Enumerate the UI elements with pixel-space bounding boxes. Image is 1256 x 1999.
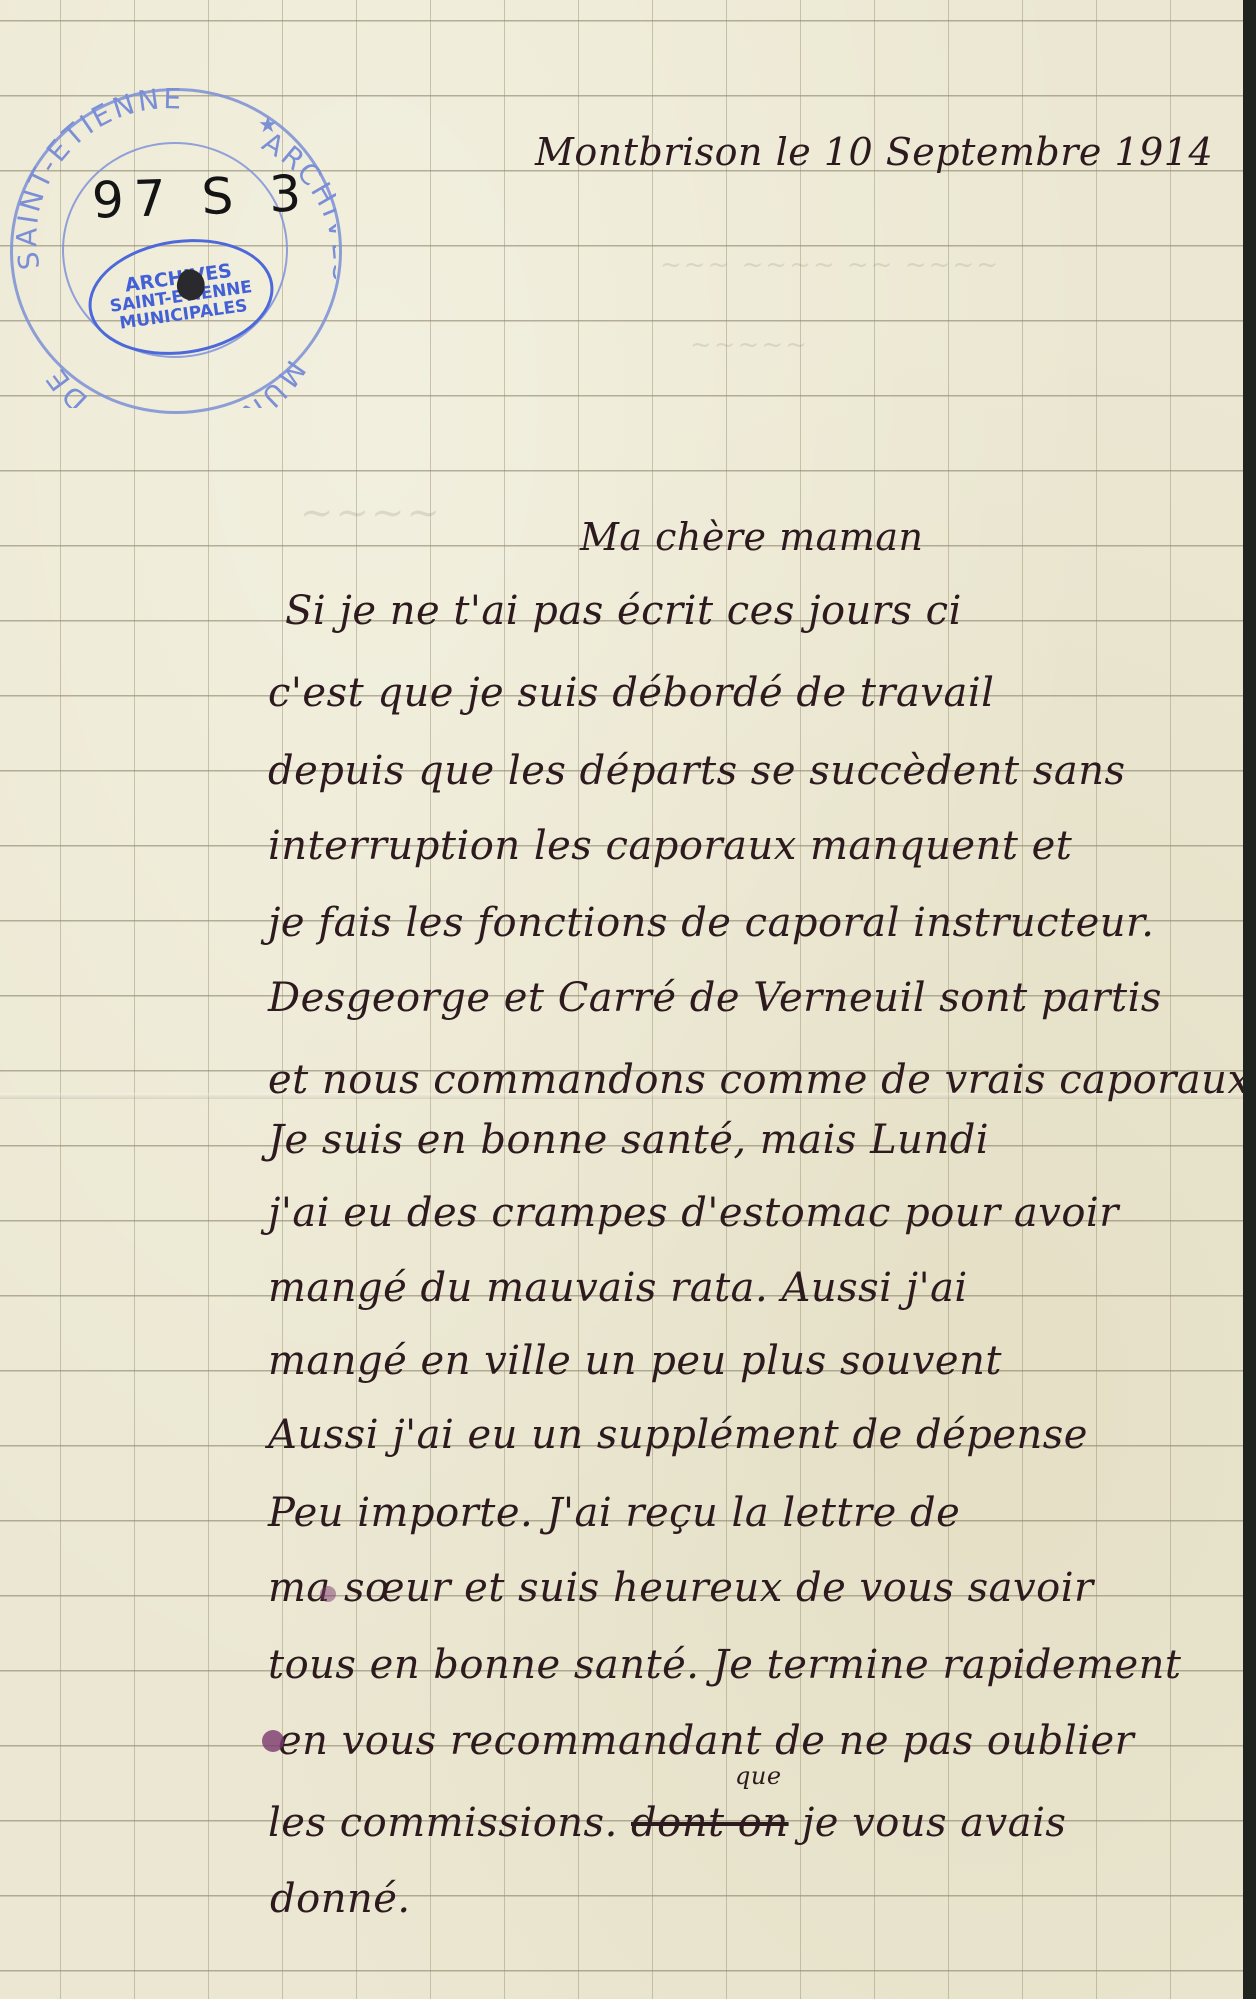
letter-line: Aussi j'ai eu un supplément de dépense: [268, 1412, 1088, 1458]
catalog-number: 97 S 3: [91, 164, 312, 230]
letter-line: c'est que je suis débordé de travail: [268, 670, 994, 716]
letter-line: Je suis en bonne santé, mais Lundi: [268, 1117, 989, 1163]
letter-line: interruption les caporaux manquent et: [268, 823, 1072, 869]
letter-line: j'ai eu des crampes d'estomac pour avoir: [268, 1190, 1119, 1236]
letter-line: Desgeorge et Carré de Verneuil sont part…: [268, 975, 1162, 1021]
letter-line: mangé du mauvais rata. Aussi j'ai: [268, 1265, 968, 1311]
line-text-after: je vous avais: [802, 1800, 1067, 1846]
ink-spot: [320, 1586, 336, 1602]
svg-text:MUNICIPALES DE: MUNICIPALES DE: [38, 354, 312, 408]
letter-line-with-correction: les commissions. dont on je vous avais: [268, 1800, 1066, 1846]
line-text-before: les commissions.: [268, 1800, 618, 1846]
letter-line: ma sœur et suis heureux de vous savoir: [268, 1565, 1094, 1611]
salutation: Ma chère maman: [580, 515, 923, 559]
letter-line: Peu importe. J'ai reçu la lettre de: [268, 1490, 960, 1536]
letter-page: ~~~ ~~~~ ~~ ~~~~ ~~~~~ ~~~~ SAINT-ETIENN…: [0, 0, 1243, 1999]
letter-line: et nous commandons comme de vrais capora…: [268, 1057, 1243, 1103]
letter-line: Si je ne t'ai pas écrit ces jours ci: [285, 588, 962, 634]
letter-line: je fais les fonctions de caporal instruc…: [268, 900, 1154, 946]
star-icon: ★: [258, 113, 278, 138]
bleed-through-text: ~~~ ~~~~ ~~ ~~~~: [660, 250, 1000, 280]
place-date: Montbrison le 10 Septembre 1914: [535, 130, 1213, 174]
letter-line: mangé en ville un peu plus souvent: [268, 1338, 1002, 1384]
bleed-through-text: ~~~~: [300, 490, 442, 536]
inserted-correction: que: [735, 1762, 782, 1790]
closing-line: donné.: [270, 1876, 411, 1922]
bleed-through-text: ~~~~~: [690, 330, 809, 360]
stamp-ring-bottom-text: MUNICIPALES DE: [38, 354, 312, 408]
letter-line: tous en bonne santé. Je termine rapideme…: [268, 1642, 1181, 1688]
letter-line: depuis que les départs se succèdent sans: [268, 748, 1125, 794]
letter-line: en vous recommandant de ne pas oublier: [278, 1718, 1134, 1764]
ink-spot: [262, 1730, 284, 1752]
struck-text: dont on: [631, 1800, 789, 1846]
